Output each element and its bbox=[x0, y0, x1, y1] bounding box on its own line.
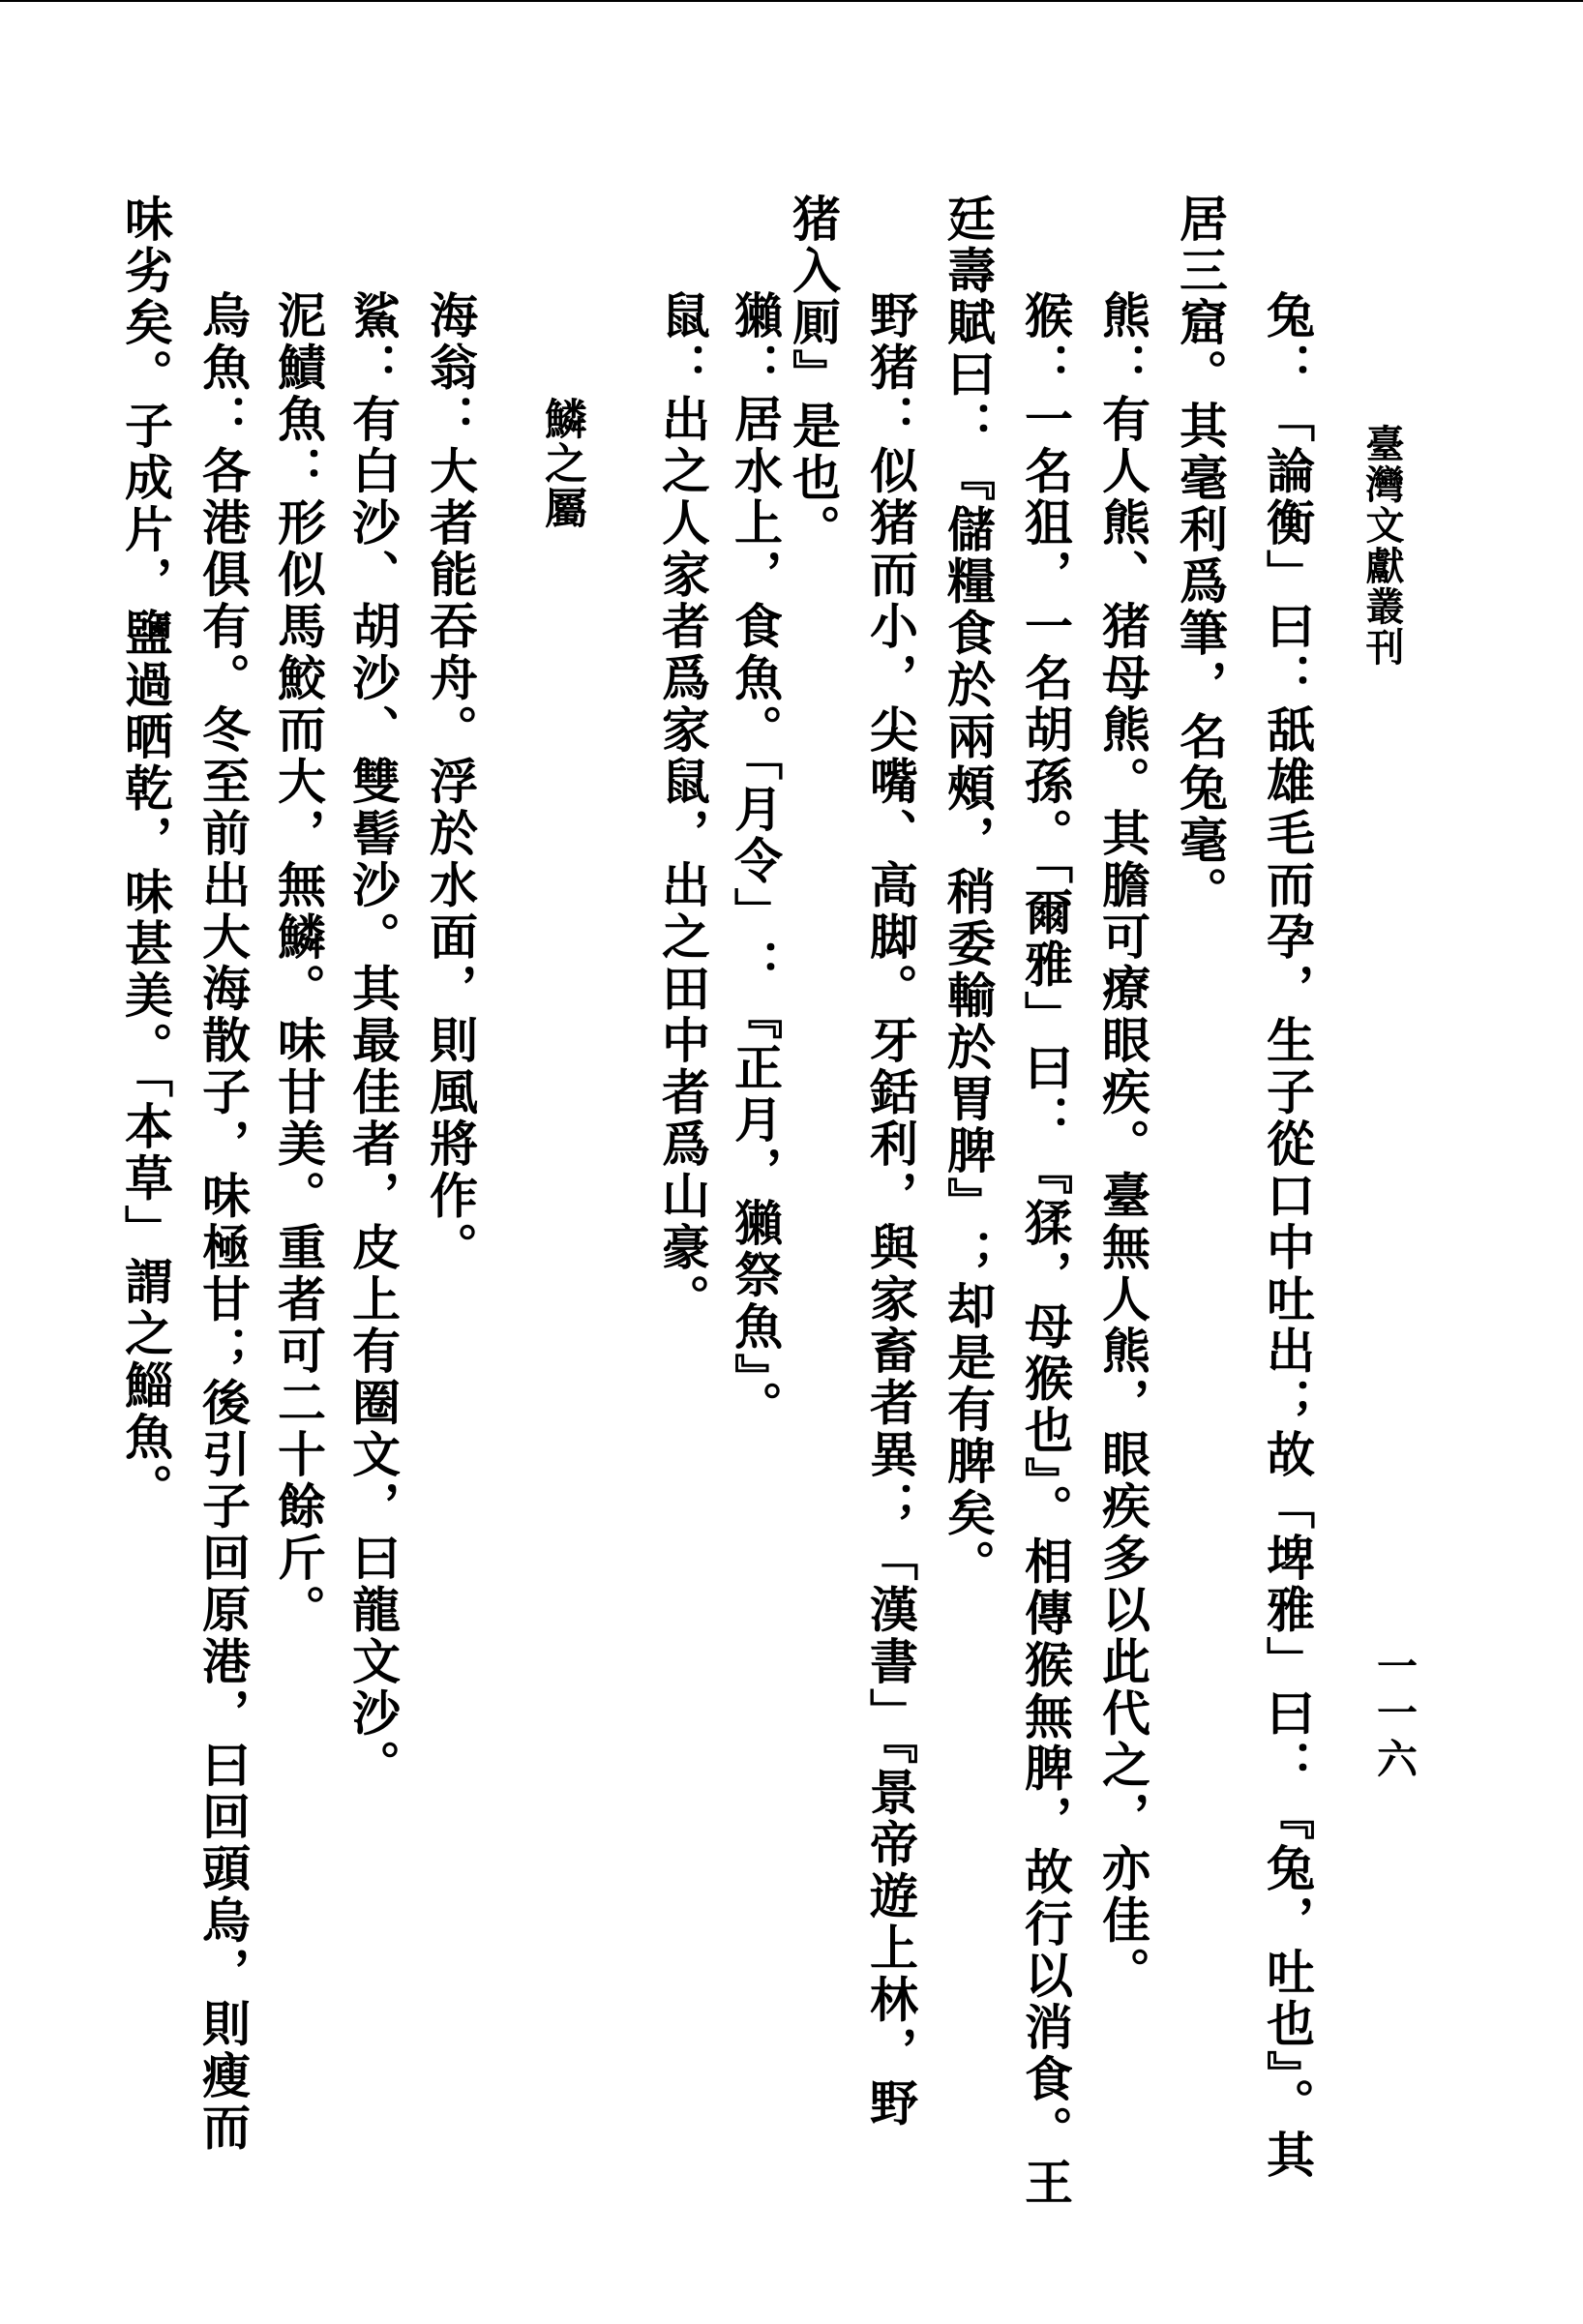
text-column-rat: 鼠：出之人家者爲家鼠，出之田中者爲山豪。 bbox=[658, 290, 706, 1326]
text-column-whale: 海翁：大者能吞舟。浮於水面，則風將作。 bbox=[426, 290, 474, 1274]
text-column-rabbit-cont: 居三窟。其毫利爲筆，名兔毫。 bbox=[1176, 194, 1224, 918]
text-column-mud-fish: 泥鰿魚：形似馬鮫而大，無鱗。味甘美。重者可二十餘斤。 bbox=[274, 290, 322, 1636]
top-border-rule bbox=[0, 0, 1583, 2]
text-column-mullet-cont: 味劣矣。子成片，鹽過晒乾，味甚美。「本草」謂之鯔魚。 bbox=[121, 194, 169, 1515]
text-column-rabbit: 兔：「論衡」曰：舐雄毛而孕，生子從口中吐出；故「埤雅」曰：『兔，吐也』。其 bbox=[1263, 290, 1311, 2182]
text-column-wild-boar-cont: 猪入厠』是也。 bbox=[789, 194, 837, 556]
text-column-otter: 獺：居水上，食魚。「月令」：『正月，獺祭魚』。 bbox=[731, 290, 779, 1433]
text-column-monkey: 猴：一名狙，一名胡孫。「爾雅」曰：『猱，母猴也』。相傳猴無脾，故行以消食。王 bbox=[1021, 290, 1069, 2209]
text-column-bear: 熊：有人熊、猪母熊。其膽可療眼疾。臺無人熊，眼疾多以此代之，亦佳。 bbox=[1098, 290, 1147, 1999]
book-title: 臺灣文獻叢刊 bbox=[1362, 424, 1401, 668]
text-column-shark: 鯊：有白沙、胡沙、雙髻沙。其最佳者，皮上有圈文，曰龍文沙。 bbox=[348, 290, 397, 1792]
text-column-wild-boar: 野猪：似猪而小，尖嘴、高脚。牙銛利，與家畜者異；「漢書」『景帝遊上林，野 bbox=[866, 290, 914, 2130]
text-column-monkey-cont: 廷壽賦曰：『儲糧食於兩頰，稍委輸於胃脾』；却是有脾矣。 bbox=[943, 194, 992, 1592]
section-heading-scaled-creatures: 鱗之屬 bbox=[540, 397, 582, 530]
page-number: 一一六 bbox=[1374, 1645, 1415, 1784]
text-column-mullet: 烏魚：各港俱有。冬至前出大海散子，味極甘；後引子回原港，曰回頭烏，則瘦而 bbox=[198, 290, 247, 2154]
